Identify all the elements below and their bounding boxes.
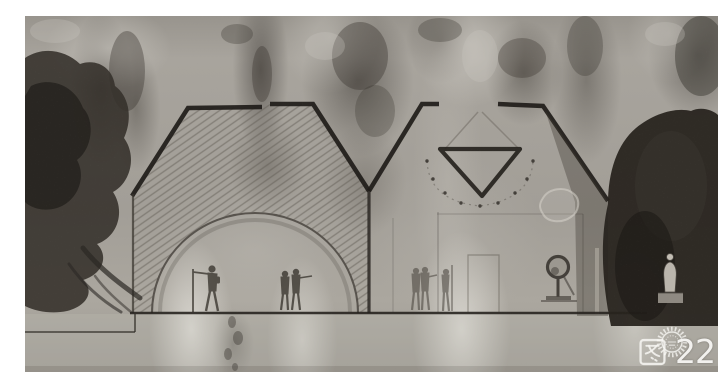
figure-at-easel xyxy=(442,265,452,311)
dome-guide-right xyxy=(482,112,518,148)
figure-arm xyxy=(193,272,209,274)
figures-right-hall xyxy=(412,265,452,311)
photo-bottom-shadow xyxy=(25,366,718,372)
dome-rivet-dots xyxy=(425,159,534,207)
dome-dotted-arc xyxy=(427,161,533,206)
truss-triangle xyxy=(440,149,520,196)
right-pavilion-section xyxy=(369,104,608,316)
figure-pointing-left xyxy=(206,266,220,311)
section-drawing xyxy=(25,16,718,372)
left-pavilion-section xyxy=(132,104,369,313)
dome-truss xyxy=(425,112,534,208)
light-stain-blob xyxy=(540,189,578,221)
figure-page: 图 22 xyxy=(0,0,722,381)
figure-photo: 图 22 xyxy=(25,16,718,372)
sculpture-pedestal xyxy=(541,257,577,302)
figure-watermark: 图 22 xyxy=(639,335,715,368)
dome-guide-left xyxy=(445,112,478,149)
figures-left-hall xyxy=(193,266,312,312)
figure-pair-right xyxy=(412,267,437,310)
lit-pilaster-edge xyxy=(595,248,599,314)
figure-number: 22 xyxy=(675,335,715,368)
doorway-outline xyxy=(468,255,499,312)
figure-pair-left xyxy=(281,269,312,310)
